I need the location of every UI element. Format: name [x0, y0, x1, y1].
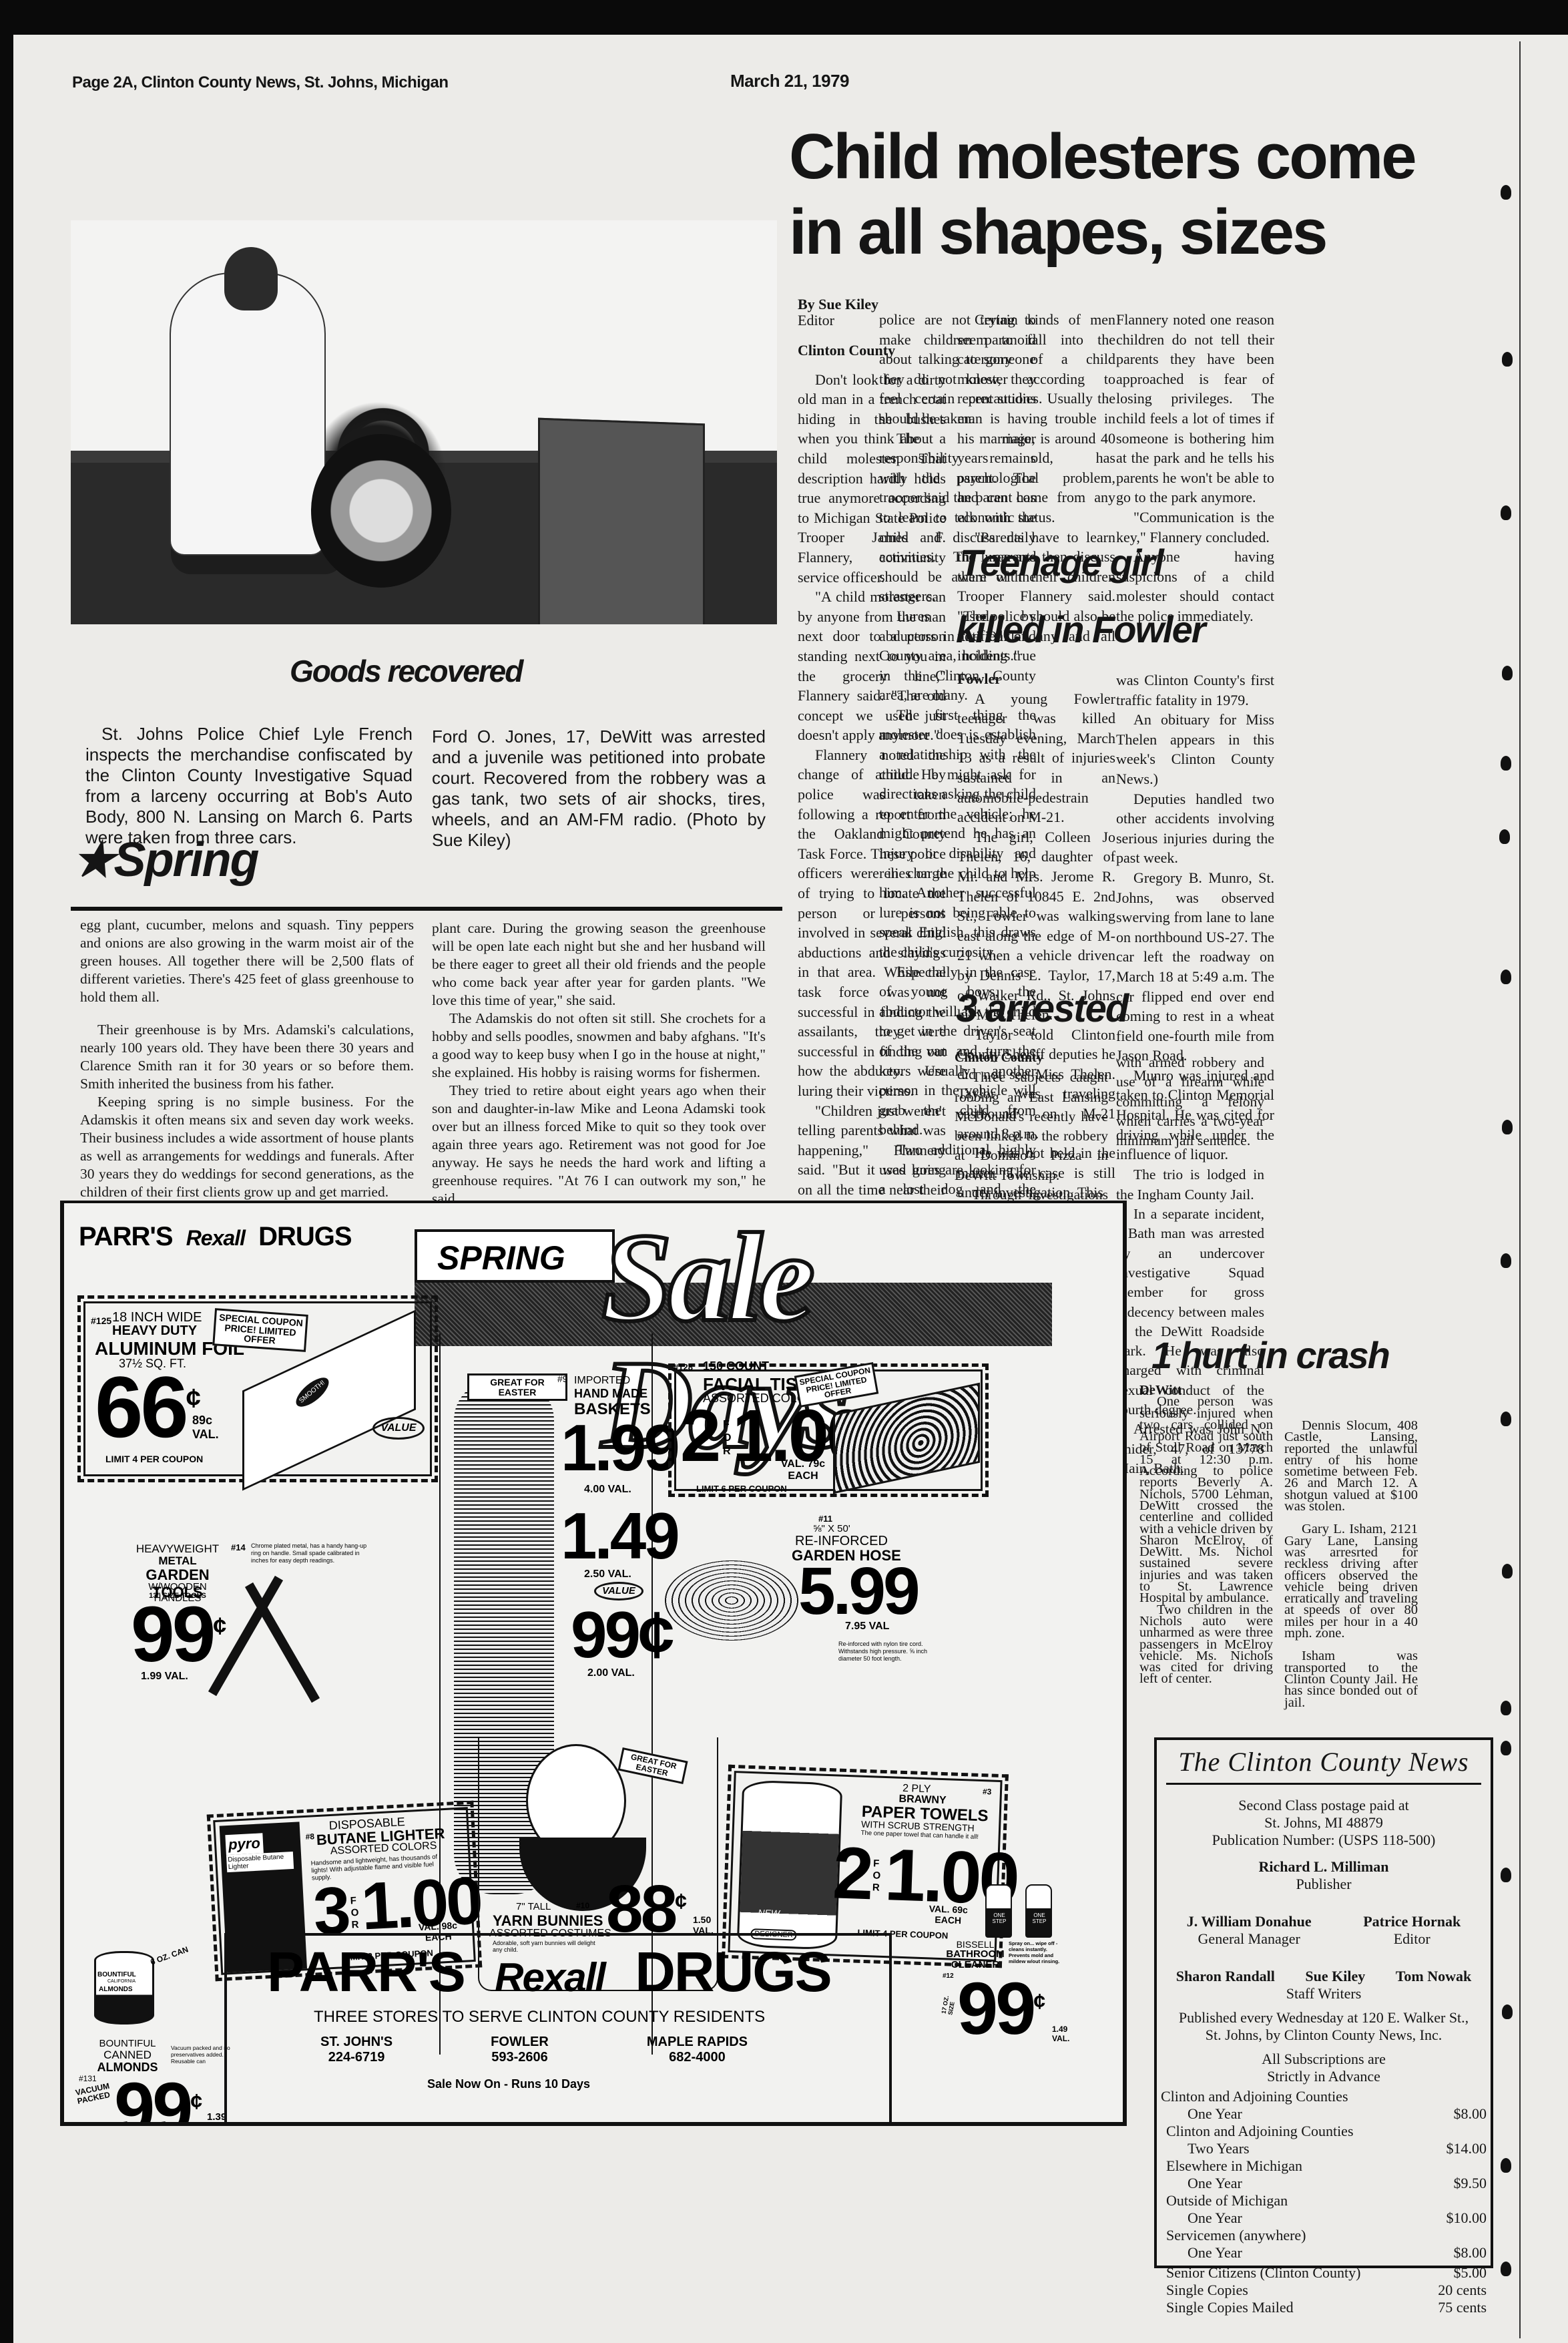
folio-line: Page 2A, Clinton County News, St. Johns,… [72, 73, 449, 92]
paragraph: police are not trying to make children p… [879, 310, 1036, 429]
paragraph: egg plant, cucumber, melons and squash. … [80, 916, 414, 1006]
price-amount: 66 [95, 1358, 186, 1456]
item-number: #11 [818, 1514, 832, 1524]
spring-headline-text: Spring [114, 833, 258, 887]
store-phone: 682-4000 [647, 2050, 748, 2065]
basket-price-small: 99¢ [571, 1607, 672, 1663]
paragraph: plant care. During the growing season th… [432, 919, 766, 1010]
price-amount: 99 [957, 1968, 1033, 2050]
paragraph: The Adamskis do not often sit still. She… [432, 1010, 766, 1082]
basket-line2: HAND MADE [574, 1387, 647, 1401]
rexall-logo: Rexall [186, 1226, 245, 1250]
can-brand: BOUNTIFUL [97, 1971, 136, 1978]
item-number: #125 [91, 1315, 111, 1326]
spring-column-1: egg plant, cucumber, melons and squash. … [80, 916, 414, 1237]
store-name: ST. JOHN'S [320, 2035, 393, 2050]
photo-gas-tank [538, 418, 705, 624]
cleaner-description: Spray on... wipe off - cleans instantly.… [1009, 1940, 1062, 1964]
rexall-logo: Rexall [495, 1955, 605, 2000]
coupon-inner: #125 18 INCH WIDE HEAVY DUTY ALUMINUM FO… [83, 1301, 432, 1476]
paragraph: The major responsibility remains with th… [879, 429, 1036, 606]
cleaner-line2: BATHROOM [945, 1948, 1005, 1960]
store-info-box: PARR'S Rexall DRUGS THREE STORES TO SERV… [224, 1933, 892, 2126]
tissue-coupon: #128 150 COUNT FACIAL TISSUE ASSORTED CO… [668, 1363, 989, 1497]
item-number: #9 [557, 1373, 568, 1384]
foil-line2: HEAVY DUTY [112, 1323, 197, 1339]
paragraph: Keeping spring is no simple business. Fo… [80, 1093, 414, 1201]
cleaner-price: 99¢ [957, 1978, 1043, 2041]
cleaner-can-illustration [985, 1884, 1012, 1938]
basket-price-large: 1.99 [561, 1420, 678, 1476]
towels-qty: 2 [832, 1842, 872, 1905]
foil-value: 89c VAL. [192, 1414, 219, 1442]
parr-text: PARR'S [267, 1940, 465, 2003]
for-label: FOR [872, 1858, 883, 1894]
for-label: FOR [723, 1418, 732, 1458]
cleaner-size: 17 OZ. SIZE [941, 1993, 957, 2015]
cents-sign: ¢ [1033, 1989, 1043, 2013]
store-phone: 593-2606 [491, 2050, 549, 2065]
special-coupon-stamp: SPECIAL COUPON PRICE! LIMITED OFFER [212, 1308, 308, 1352]
hose-value: 7.95 VAL [845, 1621, 889, 1633]
fork-handle-illustration [245, 1582, 320, 1703]
basket-val-large: 4.00 VAL. [584, 1484, 631, 1496]
photo-figure-officer [171, 274, 324, 554]
basket-price-medium: 1.49 [561, 1508, 678, 1564]
bunny-height: 7" TALL [516, 1901, 551, 1912]
hose-size: ⅝" X 50' [813, 1523, 850, 1534]
can-label: ONE STEP [1028, 1912, 1051, 1924]
garden-hose-item: #11 ⅝" X 50' RE-INFORCED GARDEN HOSE 5.9… [665, 1514, 985, 1727]
basket-line1: IMPORTED [574, 1375, 630, 1387]
goods-recovered-headline: Goods recovered [290, 656, 522, 686]
parrs-rexall-ad: PARR'S Rexall DRUGS SPRING Sale Days #12… [60, 1201, 1127, 2126]
tools-price: 99¢ [131, 1601, 224, 1668]
paragraph: They tried to retire about eight years a… [432, 1082, 766, 1208]
tissue-value: VAL. 79c EACH [776, 1458, 830, 1482]
parr-text: PARR'S [79, 1222, 173, 1251]
drugs-text: DRUGS [635, 1940, 830, 2003]
photo-tire [311, 434, 451, 588]
store-name: FOWLER [491, 2035, 549, 2050]
cleaner-value: 1.49 VAL. [1052, 2025, 1072, 2043]
basket-val-small: 2.00 VAL. [587, 1667, 635, 1679]
almonds-line1: BOUNTIFUL [91, 2038, 164, 2049]
caption-text: St. Johns Police Chief Lyle French inspe… [85, 724, 413, 848]
foil-price: 66¢ [95, 1370, 198, 1444]
cents-sign: ¢ [186, 1384, 198, 1414]
sale-note: Sale Now On - Runs 10 Days [427, 2077, 590, 2091]
spring-label: SPRING [437, 1239, 565, 1277]
can-label: ONE STEP [988, 1912, 1011, 1924]
store-location: FOWLER593-2606 [491, 2035, 549, 2065]
tissue-count: 150 COUNT [703, 1359, 769, 1373]
lead-headline-line1: Child molesters come [789, 125, 1415, 189]
store-name: MAPLE RAPIDS [647, 2035, 748, 2050]
store-location: ST. JOHN'S224-6719 [320, 2035, 393, 2065]
item-number: #14 [231, 1542, 246, 1552]
item-number: #128 [674, 1362, 693, 1372]
price-amount: 99 [131, 1590, 213, 1679]
hose-illustration [665, 1560, 798, 1641]
store-phone: 224-6719 [320, 2050, 393, 2065]
spring-column-2: plant care. During the growing season th… [432, 919, 766, 1244]
hose-price: 5.99 [798, 1563, 918, 1620]
spring-headline: ★Spring [72, 836, 258, 884]
store-box-name: PARR'S Rexall DRUGS [267, 1944, 831, 2000]
photo-figure-head [224, 247, 278, 310]
store-location: MAPLE RAPIDS682-4000 [647, 2035, 748, 2065]
store-locations: ST. JOHN'S224-6719 FOWLER593-2606 MAPLE … [320, 2035, 748, 2065]
can-size: 6 OZ. CAN [149, 1944, 190, 1966]
bathroom-cleaner-item: ONE STEP ONE STEP BISSELL BATHROOM CLEAN… [898, 1931, 1119, 2125]
tissue-qty: 2 [680, 1405, 718, 1468]
coupon-limit: LIMIT 6 PER COUPON [696, 1484, 787, 1494]
towels-value: VAL. 69c EACH [925, 1903, 972, 1926]
cents-sign: ¢ [213, 1613, 224, 1640]
garden-tools-item: HEAVYWEIGHT METAL GARDEN TOOLS W/WOODEN … [127, 1542, 461, 1743]
great-for-easter-stamp: GREAT FOR EASTER [467, 1373, 567, 1401]
item-number: #3 [983, 1787, 992, 1796]
tools-value: 1.99 VAL. [141, 1671, 188, 1683]
for-label: FOR [350, 1895, 361, 1932]
cents-sign: ¢ [190, 2089, 200, 2113]
foil-coupon: #125 18 INCH WIDE HEAVY DUTY ALUMINUM FO… [77, 1295, 438, 1482]
coupon-limit: LIMIT 4 PER COUPON [105, 1454, 203, 1464]
paper-towel-roll-illustration [737, 1780, 843, 1950]
almonds-item: BOUNTIFUL CALIFORNIA ALMONDS 6 OZ. CAN B… [77, 1951, 238, 2125]
tools-line2: METAL [127, 1554, 228, 1568]
tools-description: Chrome plated metal, has a handy hang-up… [251, 1542, 371, 1564]
banner-flag: SPRING [415, 1229, 615, 1283]
paragraph: The first thing the molester does is est… [879, 705, 1036, 962]
lead-headline-line2: in all shapes, sizes [789, 200, 1326, 264]
almonds-line2: CANNED [91, 2049, 164, 2062]
spring-sale-days-banner: SPRING Sale Days [415, 1220, 1075, 1343]
great-for-easter-stamp: GREAT FOR EASTER [617, 1747, 688, 1784]
drugs-text: DRUGS [258, 1222, 351, 1251]
special-coupon-stamp: SPECIAL COUPON PRICE! LIMITED OFFER [794, 1362, 878, 1408]
item-number: #12 [943, 1972, 954, 1980]
goods-recovered-photo [71, 220, 777, 624]
vacuum-packed-badge: VACUUM PACKED [75, 2081, 117, 2106]
almonds-price: 99¢ [114, 2078, 200, 2126]
hose-description: Re-inforced with nylon tire cord. Withst… [838, 1641, 932, 1663]
coupon-inner: #128 150 COUNT FACIAL TISSUE ASSORTED CO… [674, 1369, 983, 1491]
can-sub: CALIFORNIA [107, 1979, 136, 1984]
pyro-sublabel: Disposable Butane Lighter [226, 1852, 294, 1872]
photo-caption-left: St. Johns Police Chief Lyle French inspe… [85, 724, 413, 848]
paragraph: Especially in the case of young boys, th… [879, 962, 1036, 1140]
basket-val-medium: 2.50 VAL. [584, 1568, 631, 1580]
ad-store-name: PARR'S Rexall DRUGS [79, 1222, 352, 1252]
cleaner-can-illustration [1025, 1884, 1052, 1938]
paragraph: Their greenhouse is by Mrs. Adamski's ca… [80, 1021, 414, 1093]
roll-new-label: NEW [758, 1907, 780, 1918]
paragraph: Lures used by abductors in the Oakland C… [879, 606, 1036, 705]
section-rule [71, 907, 782, 911]
photo-caption-right: Ford O. Jones, 17, DeWitt was arrested a… [432, 726, 766, 851]
lighter-qty: 3 [312, 1882, 349, 1941]
can-name: ALMONDS [99, 1986, 133, 1993]
caption-text: Ford O. Jones, 17, DeWitt was arrested a… [432, 726, 766, 851]
price-amount: 99 [114, 2068, 190, 2126]
pyro-logo: pyro [225, 1833, 263, 1855]
cents-sign: ¢ [675, 1890, 684, 1914]
value-badge: VALUE [372, 1417, 425, 1440]
item-number: #10 [576, 1901, 589, 1910]
tools-line1: HEAVYWEIGHT [127, 1542, 228, 1556]
store-tagline: THREE STORES TO SERVE CLINTON COUNTY RES… [314, 2008, 765, 2027]
issue-date: March 21, 1979 [730, 71, 849, 91]
star-icon: ★ [72, 833, 114, 887]
bunny-price: 88¢ [606, 1881, 684, 1938]
item-number: #8 [305, 1832, 314, 1842]
item-number: #131 [79, 2074, 97, 2083]
